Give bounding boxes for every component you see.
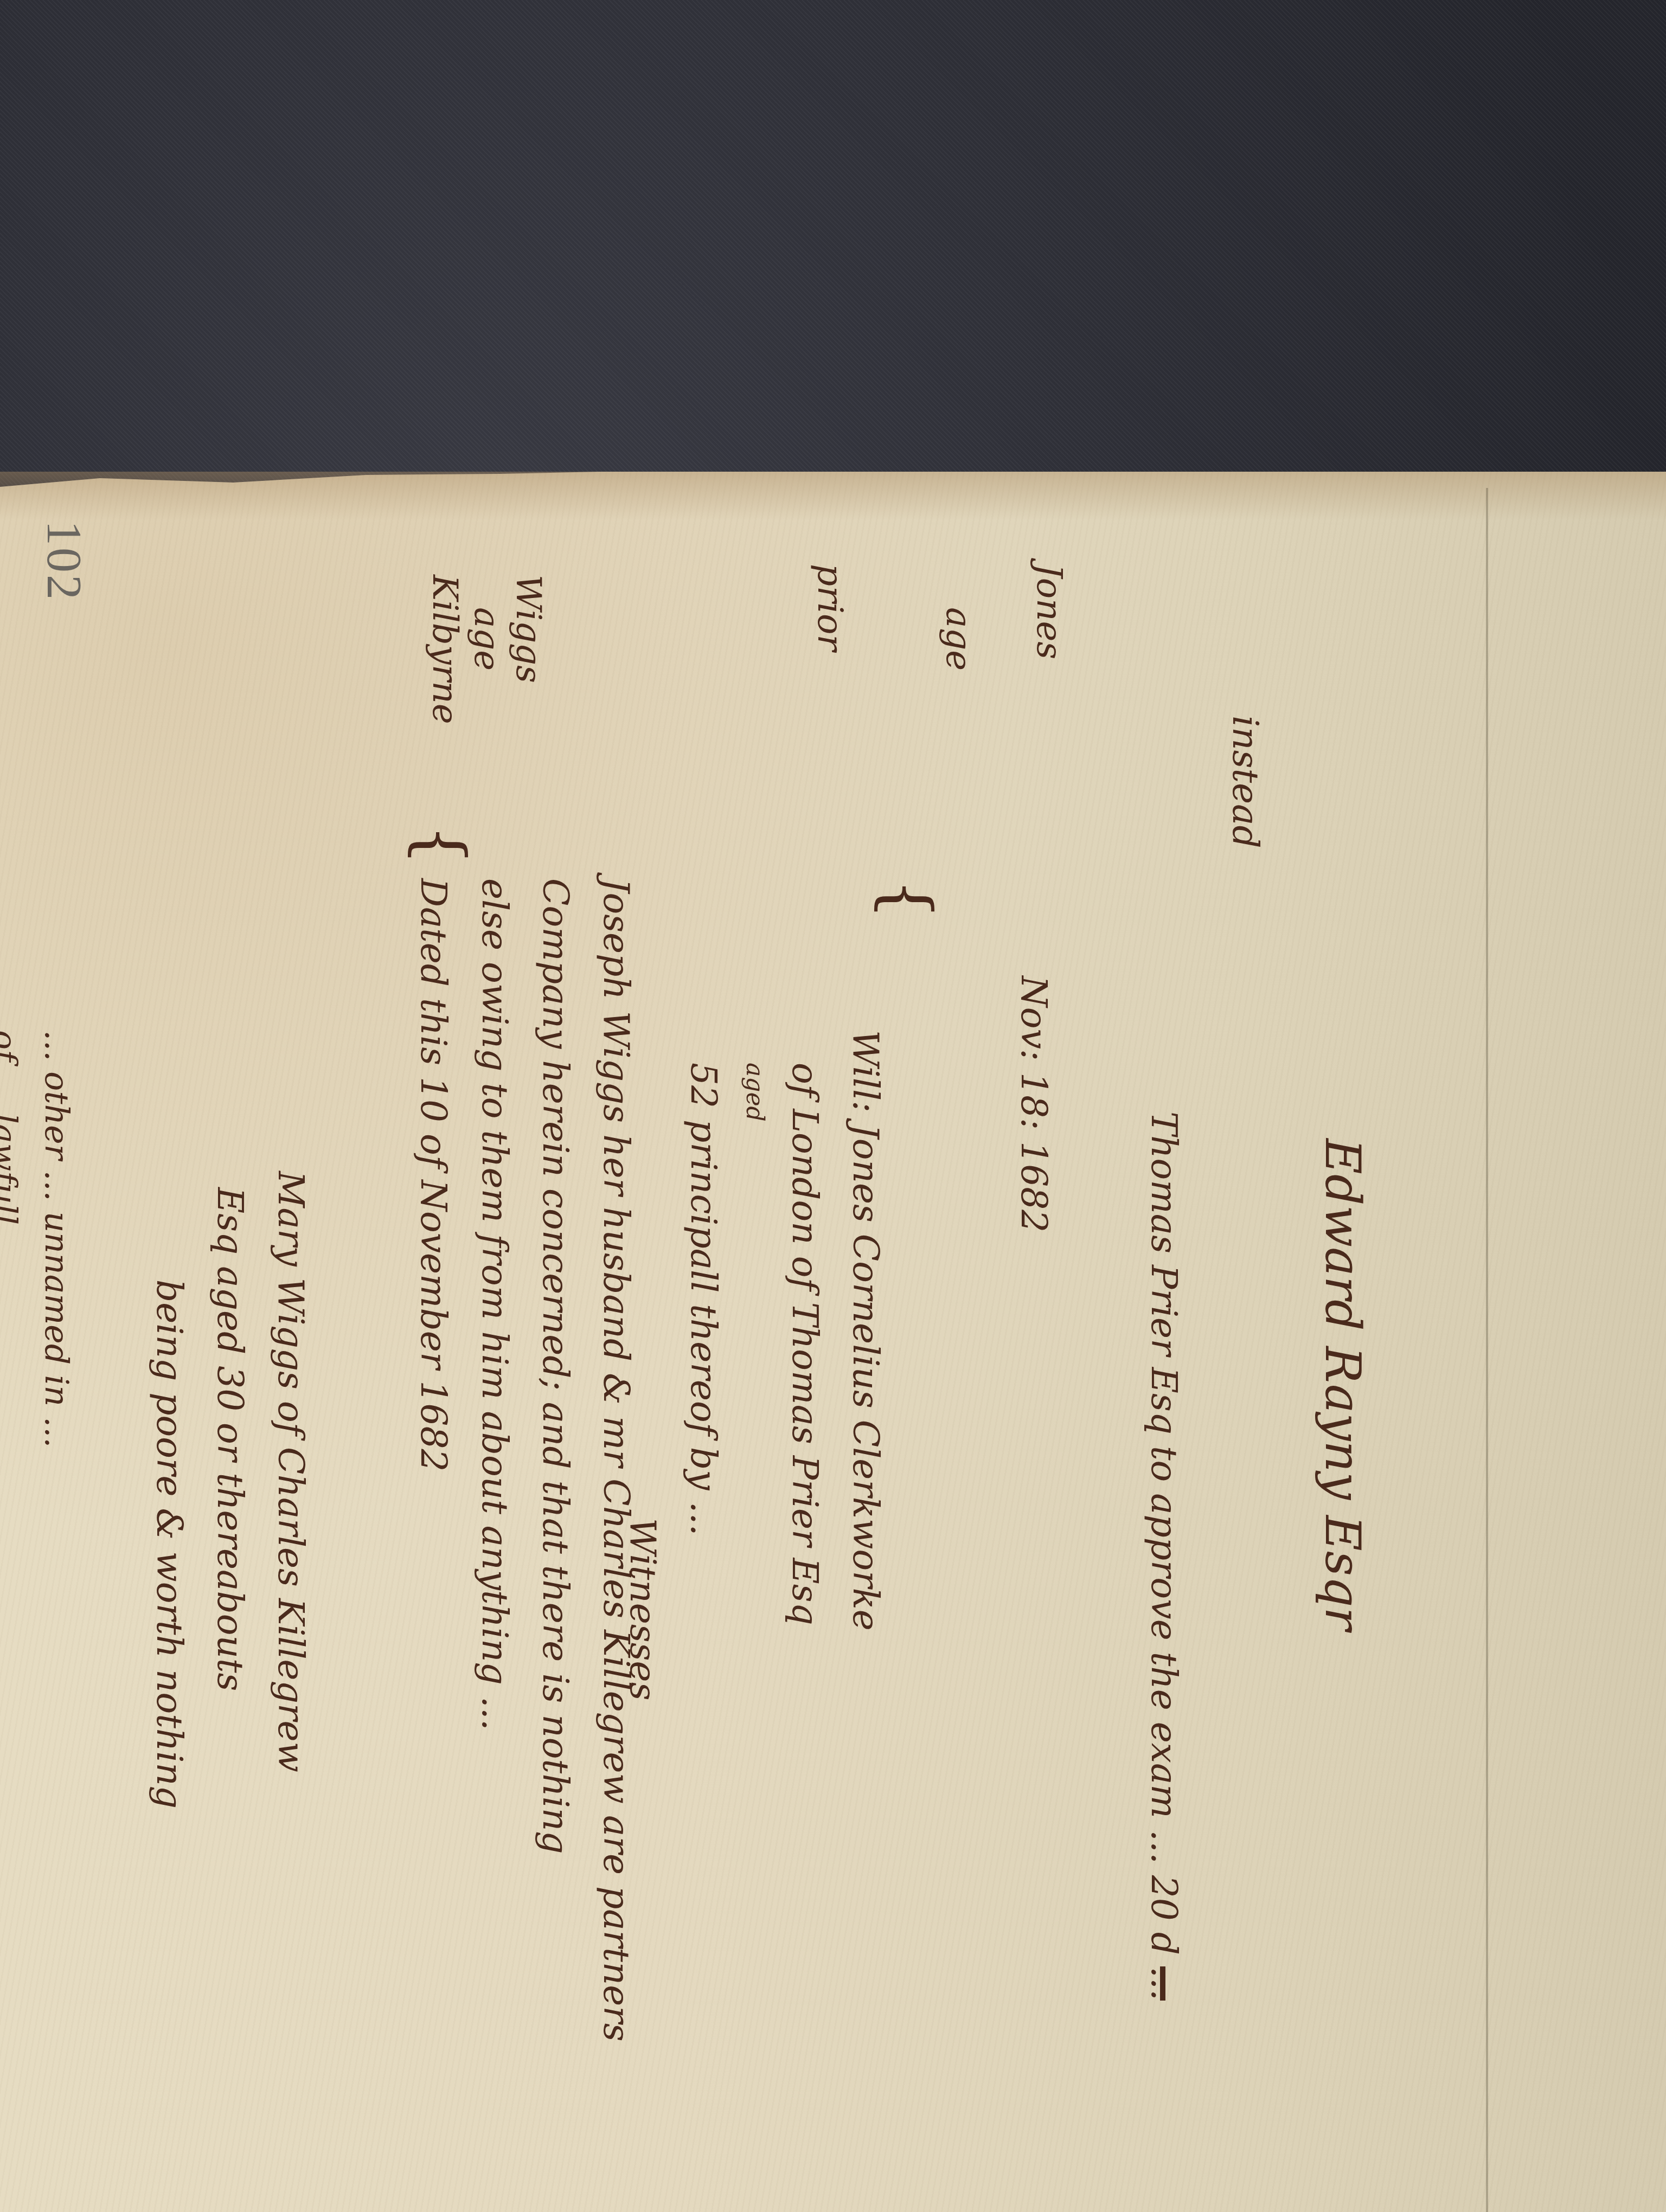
- body-line: Dated this 10 of November 1682: [403, 878, 464, 2042]
- entry-2-body: Will: Jones Cornelius Clerkworke of Lond…: [612, 1030, 896, 1701]
- deponent-line: Esq aged 30 or thereabouts: [200, 1187, 260, 1809]
- entry-2-margin-note: instead: [1215, 716, 1276, 848]
- entry-1-body: Joseph Wiggs her husband & mr Charles Ki…: [403, 878, 646, 2042]
- deponent-line: being poore & worth nothing: [138, 1279, 199, 1809]
- previous-entry-fragment: ... other ... unnamed in ... of ... lawf…: [0, 1030, 82, 1448]
- body-line: of London of Thomas Prier Esq: [774, 1063, 835, 1701]
- approval-text: Thomas Prier Esq to approve the exam ...…: [1143, 1111, 1185, 1955]
- margin-place: Kilbyrne: [424, 575, 466, 724]
- body-line: else owing to them from him about anythi…: [464, 878, 524, 2042]
- rotated-manuscript-page: 102 ... other ... unnamed in ... of ... …: [0, 488, 1666, 2212]
- body-line: Company herein concerned; and that there…: [525, 878, 586, 2042]
- entry-1-margin: Wiggs age Kilbyrne: [424, 575, 549, 724]
- struck-word: ...: [1143, 1966, 1185, 2001]
- body-line: Will: Jones Cornelius Clerkworke: [835, 1030, 896, 1701]
- margin-name: Wiggs: [507, 575, 549, 724]
- margin-extra: prior: [809, 564, 851, 671]
- margin-name: Jones: [1028, 564, 1069, 671]
- body-line: 52 principall thereof by ...: [673, 1063, 734, 1701]
- page-number: 102: [36, 520, 93, 602]
- body-line: aged: [734, 1063, 774, 1701]
- fragment-line: of ... lawfull ...: [0, 1030, 30, 1448]
- entry-2-closing-name: Edward Rayny Esqr: [1301, 1139, 1384, 1631]
- margin-age-label: age: [465, 607, 507, 724]
- deponent-line: Mary Wiggs of Charles Killegrew: [260, 1171, 321, 1809]
- margin-age-label: age: [937, 607, 979, 671]
- entry-2-margin: Jones age prior: [809, 564, 1069, 671]
- entry-2-date: Nov: 18: 1682: [1003, 976, 1064, 1232]
- body-line: Witnesses: [612, 1518, 672, 1701]
- entry-1-deponent: Mary Wiggs of Charles Killegrew Esq aged…: [138, 1171, 321, 1809]
- brace-icon: {: [874, 878, 939, 919]
- brace-icon: {: [408, 824, 473, 865]
- fragment-line: ... other ... unnamed in ...: [30, 1030, 82, 1448]
- entry-2-approval: Thomas Prier Esq to approve the exam ...…: [1133, 1111, 1194, 2001]
